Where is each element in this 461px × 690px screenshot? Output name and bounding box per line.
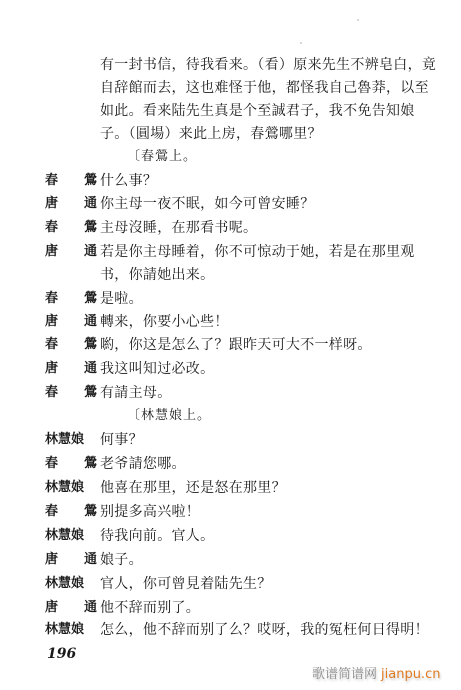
dialog-line: 书，你請她出来。 — [100, 266, 214, 284]
watermark-site-name: 歌谱简谱网 — [312, 667, 377, 682]
watermark: 歌谱简谱网jianpu.cn — [312, 663, 440, 682]
monologue-line: 有一封书信，待我看来。（看）原来先生不辨皂白，竟 — [100, 56, 436, 74]
stage-direction: 〔春鶯上。 — [127, 148, 197, 166]
speaker-label: 唐通 — [45, 195, 97, 213]
speaker-label: 林慧娘 — [45, 527, 97, 545]
dialog-line: 什么事？ — [100, 172, 157, 190]
dialog-line: 何事？ — [100, 431, 143, 449]
dialog-line: 别提多高兴啦！ — [100, 503, 200, 521]
speaker-label: 春鶯 — [45, 172, 97, 190]
watermark-domain: jianpu.cn — [381, 667, 440, 682]
speaker-label: 春鶯 — [45, 219, 97, 237]
dialog-line: 官人，你可曾見着陆先生？ — [100, 575, 272, 593]
monologue-line: 子。（圓場）来此上房，春鶯哪里？ — [100, 125, 322, 143]
dialog-line: 喲，你这是怎么了？跟昨天可大不一样呀。 — [100, 336, 372, 354]
stage-direction: 〔林慧娘上。 — [127, 407, 211, 425]
speaker-label: 唐通 — [45, 243, 97, 261]
page-number: 196 — [47, 646, 76, 662]
speaker-label: 春鶯 — [45, 455, 97, 473]
speaker-label: 春鶯 — [45, 503, 97, 521]
speaker-label: 春鶯 — [45, 336, 97, 354]
scan-speck — [357, 19, 359, 21]
speaker-label: 唐通 — [45, 599, 97, 617]
dialog-line: 娘子。 — [100, 551, 143, 569]
speaker-label: 春鶯 — [45, 384, 97, 402]
dialog-line: 怎么，他不辞而别了么？哎呀，我的冤枉何日得明！ — [100, 621, 429, 639]
speaker-label: 春鶯 — [45, 290, 97, 308]
dialog-line: 待我向前。官人。 — [100, 527, 214, 545]
speaker-label: 唐通 — [45, 551, 97, 569]
speaker-label: 唐通 — [45, 360, 97, 378]
dialog-line: 轉来，你要小心些！ — [100, 313, 229, 331]
dialog-line: 是啦。 — [100, 290, 143, 308]
dialog-line: 我这叫知过必改。 — [100, 360, 214, 378]
dialog-line: 若是你主母睡着，你不可惊动于她，若是在那里观 — [100, 243, 415, 261]
scan-speck — [300, 42, 302, 44]
dialog-line: 主母沒睡，在那看书呢。 — [100, 219, 257, 237]
dialog-line: 老爷請您哪。 — [100, 455, 186, 473]
script-page: 有一封书信，待我看来。（看）原来先生不辨皂白，竟 自辞館而去，这也难怪于他，都怪… — [0, 0, 461, 690]
monologue-line: 如此。看来陆先生真是个至誠君子，我不免告知娘 — [100, 102, 415, 120]
speaker-label: 林慧娘 — [45, 575, 97, 593]
speaker-label: 林慧娘 — [45, 621, 97, 639]
monologue-line: 自辞館而去，这也难怪于他，都怪我自己魯莽，以至 — [100, 79, 429, 97]
speaker-label: 林慧娘 — [45, 431, 97, 449]
dialog-line: 他不辞而别了。 — [100, 599, 200, 617]
speaker-label: 唐通 — [45, 313, 97, 331]
speaker-label: 林慧娘 — [45, 479, 97, 497]
dialog-line: 有請主母。 — [100, 384, 172, 402]
dialog-line: 他喜在那里，还是怒在那里？ — [100, 479, 286, 497]
dialog-line: 你主母一夜不眠，如今可曾安睡？ — [100, 195, 315, 213]
